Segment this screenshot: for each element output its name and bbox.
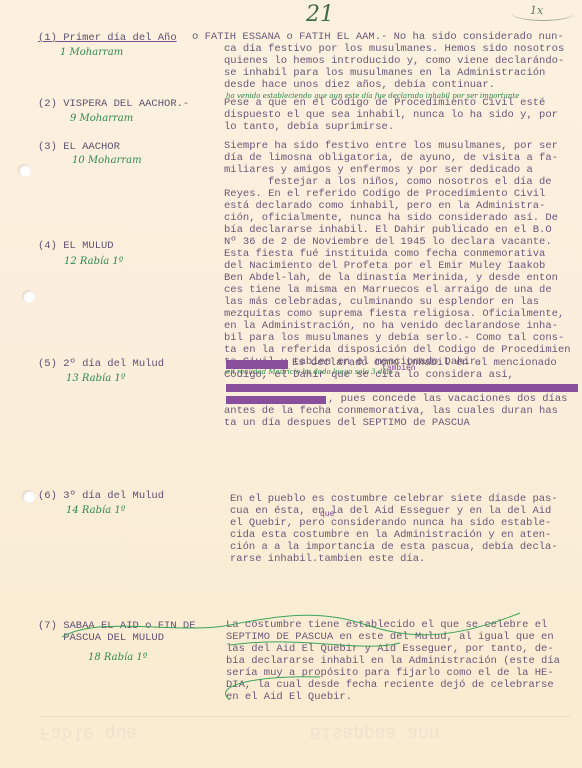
entry-line: rarse inhabil.tambien este día. <box>230 554 425 566</box>
entry-line: cida esta costumbre en la Administración… <box>230 530 551 542</box>
entry-label: (6) 3º día del Mulud <box>38 490 164 502</box>
bleed-through-text: Fable qua <box>40 722 137 742</box>
entry-line: del Nacimiento del Profeta por el Emir M… <box>224 261 545 273</box>
punch-hole <box>18 164 31 177</box>
entry-line: bil para los musulmanes y debía serlo.- … <box>224 333 564 345</box>
handwritten-date: 10 Moharram <box>72 155 142 166</box>
entry-line: ta un día despues del SEPTIMO de PASCUA <box>224 418 470 430</box>
entry-line: está declarado como inhabil, pero en la … <box>224 201 545 213</box>
entry-label: (4) EL MULUD <box>38 240 114 252</box>
entry-line: , pues concede las vacaciones dos días <box>328 394 567 406</box>
entry-line: antes de la fecha conmemorativa, las cua… <box>224 406 558 418</box>
typed-over-text <box>226 396 326 404</box>
handwritten-date: 13 Rabía 1º <box>66 373 125 384</box>
typed-over-text <box>226 384 578 392</box>
entry-line: día de limosna obligatoria, de ayuno, de… <box>224 153 558 165</box>
entry-line: Nº 36 de 2 de Noviembre del 1945 lo decl… <box>224 237 552 249</box>
punch-hole <box>22 290 35 303</box>
entry-line: ta en la referida disposición del Codigo… <box>224 345 571 357</box>
entry-label: (5) 2º día del Mulud <box>38 358 164 370</box>
entry-line: cua en ésta, en la del Aid Esseguer y en… <box>230 506 551 518</box>
entry-line: miliares y amigos y enfermos y por ser d… <box>224 165 533 177</box>
entry-line: quienes lo hemos introducido y, como vie… <box>224 56 564 68</box>
entry-line: Es declarado como inhabil en el menciona… <box>292 358 557 370</box>
entry-line: Pese a que en el Código de Procedimiento… <box>224 98 545 110</box>
green-pen-strikethrough <box>60 605 540 705</box>
document-page: 21 1x (1) Primer día del Año 1 Moharram … <box>0 0 582 768</box>
entry-line: mezquitas como suprema fiesta religiosa.… <box>224 309 564 321</box>
handwritten-date: 12 Rabía 1º <box>64 256 123 267</box>
handwritten-page-number: 21 <box>306 2 334 27</box>
bleed-through-text: Bisappaa ann <box>310 722 440 742</box>
entry-line: ca día festivo por los musulmanes. Hemos… <box>224 44 564 56</box>
entry-line: En el pueblo es costumbre celebrar siete… <box>230 494 558 506</box>
entry-line: Código, el Dahir que se cita lo consider… <box>224 370 514 382</box>
entry-label: (3) EL AACHOR <box>38 141 120 153</box>
handwritten-date: 9 Moharram <box>70 113 133 124</box>
handwritten-date: 1 Moharram <box>60 47 123 58</box>
entry-line: o FATIH ESSANA o FATIH EL AAM.- No ha si… <box>192 32 564 44</box>
handwritten-date: 14 Rabía 1º <box>66 505 125 516</box>
corner-mark: 1x <box>530 4 543 17</box>
entry-line: dispuesto el que sea inhabil, nunca lo h… <box>224 110 558 122</box>
entry-line: Siempre ha sido festivo entre los musulm… <box>224 141 558 153</box>
entry-line: bía declararse inhabil. El Dahir publica… <box>224 225 552 237</box>
bleed-rule <box>40 716 570 717</box>
entry-line: las más celebradas, culminando su esplen… <box>224 297 539 309</box>
entry-line: festejar a los niños, como nosotros el d… <box>268 177 552 189</box>
entry-line: lo tanto, debía suprimirse. <box>224 122 394 134</box>
entry-line: Ben Abdel-lah, de la dinastía Merinida, … <box>224 273 558 285</box>
entry-line: Esta fiesta fué instituida como fecha co… <box>224 249 545 261</box>
entry-label: (1) Primer día del Año <box>38 32 177 44</box>
entry-label: (2) VISPERA DEL AACHOR.- <box>38 98 189 110</box>
entry-line: se inhabil para los musulmanes en la Adm… <box>224 68 545 80</box>
typed-over-text <box>226 360 288 369</box>
entry-line: el Quebir, pero considerando nunca ha si… <box>230 518 551 530</box>
punch-hole <box>22 490 35 503</box>
entry-line: ción a a la importancia de esta pascua, … <box>230 542 558 554</box>
entry-line: desde hace unos diez años, debía continu… <box>224 80 495 92</box>
entry-line: Reyes. En el referido Codigo de Procedim… <box>224 189 545 201</box>
entry-line: en la Administración, no ha venido decla… <box>224 321 558 333</box>
entry-line: ces tiene la misma en Marruecos el arrai… <box>224 285 552 297</box>
entry-line: ción, oficialmente, nunca ha sido consid… <box>224 213 558 225</box>
